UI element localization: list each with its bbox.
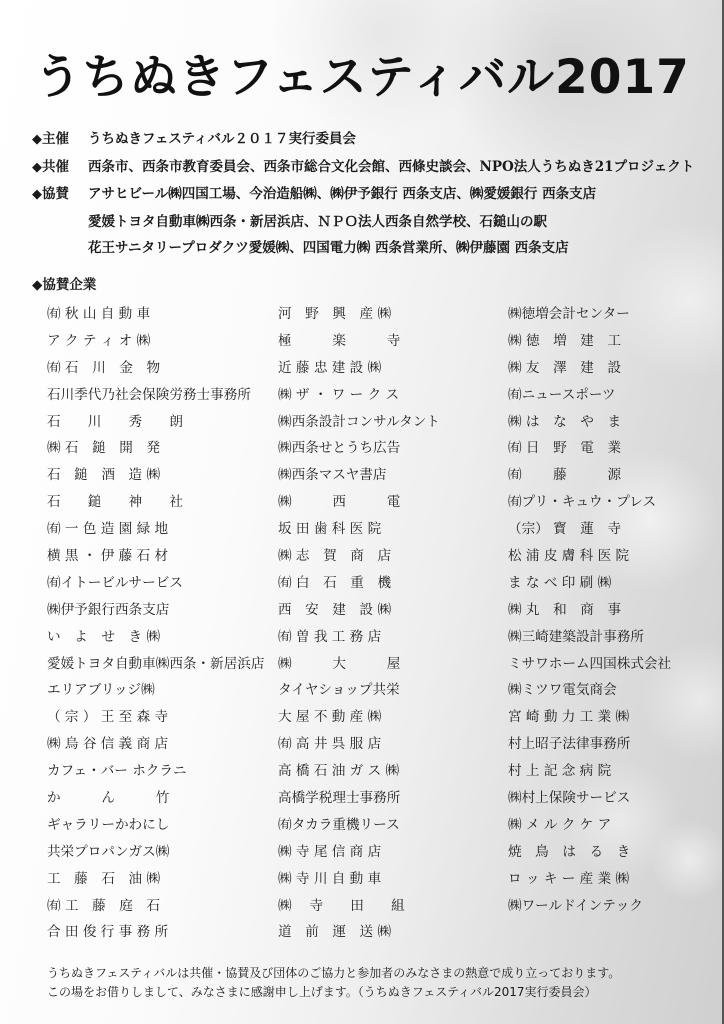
sponsor-item: ㈱徳増会計センター [508,301,724,328]
sponsor-item: 村上昭子法律事務所 [508,731,724,758]
sponsor-item: ロ ッ キ ー 産 業 ㈱ [508,866,724,893]
sponsor-item: ㈱ ザ ・ ワ ー ク ス [278,382,498,409]
sponsor-item: 宮 崎 動 力 工 業 ㈱ [508,704,724,731]
sponsor-item: ㈲タカラ重機リース [278,812,498,839]
sponsor-item: 高橋学税理士事務所 [278,785,498,812]
sponsor-column-1: ㈲ 秋 山 自 動 車ア ク テ ィ オ ㈱㈲ 石 川 金 物石川季代乃社会保険… [47,301,267,946]
page-title: うちぬきフェスティバル2017 [0,40,724,107]
diamond-bullet-icon: ◆ [32,277,42,293]
info-row-organizer: ◆主催 うちぬきフェスティバル２０１７実行委員会 [32,126,714,154]
sponsor-item: ㈲イトービルサービス [47,570,267,597]
footer-line-1: うちぬきフェスティバルは共催・協賛及び団体のご協力と参加者のみなさまの熱意で成り… [47,964,620,983]
sponsor-item: ㈱西条設計コンサルタント [278,409,498,436]
sponsor-item: ㈱西条せとうち広告 [278,435,498,462]
sponsor-item: ㈱ 志 賀 商 店 [278,543,498,570]
sponsors-heading: ◆協賛企業 [32,273,96,293]
sponsor-item: 共栄プロパンガス㈱ [47,839,267,866]
sponsor-item: 坂 田 歯 科 医 院 [278,516,498,543]
sponsor-item: ㈲ 石 川 金 物 [47,355,267,382]
sponsor-item: ㈱ 石 鎚 開 発 [47,435,267,462]
sponsor-item: か ん 竹 [47,785,267,812]
sponsor-item: 工 藤 石 油 ㈱ [47,866,267,893]
sponsor-item: 石 鎚 酒 造 ㈱ [47,462,267,489]
sponsor-item: ㈱ 寺 尾 信 商 店 [278,839,498,866]
sponsor-item: ㈲ 高 井 呉 服 店 [278,731,498,758]
organizer-info: ◆主催 うちぬきフェスティバル２０１７実行委員会 ◆共催 西条市、西条市教育委員… [32,126,714,262]
info-row-sponsor-cont: 花王サニタリープロダクツ愛媛㈱、四国電力㈱ 西条営業所、㈱伊藤園 西条支店 [32,235,714,262]
sponsor-item: い よ せ き ㈱ [47,624,267,651]
sponsor-item: ㈱三崎建築設計事務所 [508,624,724,651]
info-row-sponsor: ◆協賛 アサヒビール㈱四国工場、今治造船㈱、㈱伊予銀行 西条支店、㈱愛媛銀行 西… [32,181,714,209]
diamond-bullet-icon: ◆ [32,187,42,202]
sponsor-column-3: ㈱徳増会計センター㈱ 徳 増 建 工㈱ 友 澤 建 設㈲ニュースポーツ㈱ は な… [508,301,724,919]
sponsor-item: ㈱ 寺 田 組 [278,893,498,920]
sponsor-item: 石川季代乃社会保険労務士事務所 [47,382,267,409]
sponsor-item: 合 田 俊 行 事 務 所 [47,919,267,946]
info-label: 協賛 [42,186,69,202]
footer-message: うちぬきフェスティバルは共催・協賛及び団体のご協力と参加者のみなさまの熱意で成り… [47,964,620,1002]
sponsor-item: 石 川 秀 朗 [47,409,267,436]
sponsor-item: ギャラリーかわにし [47,812,267,839]
sponsor-item: ㈱ メ ル ク ケ ア [508,812,724,839]
sponsor-item: 河 野 興 産 ㈱ [278,301,498,328]
sponsor-item: ㈱ 寺 川 自 動 車 [278,866,498,893]
sponsor-item: ㈲ニュースポーツ [508,382,724,409]
sponsor-item: ㈱ 大 屋 [278,651,498,678]
info-label: 共催 [42,159,69,175]
diamond-bullet-icon: ◆ [32,160,42,175]
sponsor-item: ㈲プリ・キュウ・プレス [508,489,724,516]
sponsor-item: 焼 鳥 は る き [508,839,724,866]
sponsor-item: 高 橋 石 油 ガ ス ㈱ [278,758,498,785]
sponsor-item: ㈲ 日 野 電 業 [508,435,724,462]
sponsor-item: ア ク テ ィ オ ㈱ [47,328,267,355]
sponsor-item: ㈲ 一 色 造 園 緑 地 [47,516,267,543]
sponsor-item: ㈱ワールドインテック [508,893,724,920]
info-label: 主催 [42,131,69,147]
sponsor-item: タイヤショップ共栄 [278,677,498,704]
sponsor-item: 愛媛トヨタ自動車㈱西条・新居浜店 [47,651,267,678]
sponsor-item: 横 黒 ・ 伊 藤 石 材 [47,543,267,570]
sponsor-item: ㈲ 曽 我 工 務 店 [278,624,498,651]
info-row-co-organizer: ◆共催 西条市、西条市教育委員会、西条市総合文化会館、西條史談会、NPO法人うち… [32,154,714,182]
sponsor-item: ㈲ 白 石 重 機 [278,570,498,597]
sponsor-item: ㈱村上保険サービス [508,785,724,812]
sponsor-item: （宗） 寳 蓮 寺 [508,516,724,543]
sponsor-item: ㈱ 丸 和 商 事 [508,597,724,624]
sponsor-item: ミサワホーム四国株式会社 [508,651,724,678]
sponsor-item: ㈱ミツワ電気商会 [508,677,724,704]
sponsor-item: ㈱ 友 澤 建 設 [508,355,724,382]
sponsor-item: ㈱ 烏 谷 信 義 商 店 [47,731,267,758]
sponsor-item: 村 上 記 念 病 院 [508,758,724,785]
sponsor-item: ㈱ 徳 増 建 工 [508,328,724,355]
sponsor-item: エリアブリッジ㈱ [47,677,267,704]
info-value: 西条市、西条市教育委員会、西条市総合文化会館、西條史談会、NPO法人うちぬき21… [88,154,714,182]
sponsor-item: 大 屋 不 動 産 ㈱ [278,704,498,731]
info-value: アサヒビール㈱四国工場、今治造船㈱、㈱伊予銀行 西条支店、㈱愛媛銀行 西条支店 [88,181,714,209]
sponsor-column-2: 河 野 興 産 ㈱極 楽 寺近 藤 忠 建 設 ㈱㈱ ザ ・ ワ ー ク ス㈱西… [278,301,498,946]
sponsor-item: ㈲ 工 藤 庭 石 [47,893,267,920]
sponsor-item: ま な べ 印 刷 ㈱ [508,570,724,597]
sponsor-item: ㈲ 秋 山 自 動 車 [47,301,267,328]
info-value: 愛媛トヨタ自動車㈱西条・新居浜店、ＮＰＯ法人西条自然学校、石鎚山の駅 [88,209,714,236]
sponsor-item: ㈱西条マスヤ書店 [278,462,498,489]
sponsor-item: 極 楽 寺 [278,328,498,355]
info-value: うちぬきフェスティバル２０１７実行委員会 [88,126,714,154]
info-row-sponsor-cont: 愛媛トヨタ自動車㈱西条・新居浜店、ＮＰＯ法人西条自然学校、石鎚山の駅 [32,209,714,236]
sponsor-item: カフェ・バー ホクラニ [47,758,267,785]
sponsor-item: 近 藤 忠 建 設 ㈱ [278,355,498,382]
sponsor-item: 道 前 運 送 ㈱ [278,919,498,946]
sponsor-item: 西 安 建 設 ㈱ [278,597,498,624]
sponsor-item: （ 宗 ） 王 至 森 寺 [47,704,267,731]
sponsor-item: ㈱ は な や ま [508,409,724,436]
diamond-bullet-icon: ◆ [32,132,42,147]
sponsor-item: ㈱ 西 電 [278,489,498,516]
sponsor-item: 石 鎚 神 社 [47,489,267,516]
sponsor-item: 松 浦 皮 膚 科 医 院 [508,543,724,570]
sponsor-item: ㈲ 藤 源 [508,462,724,489]
footer-line-2: この場をお借りしまして、みなさまに感謝申し上げます。（うちぬきフェスティバル20… [47,983,620,1002]
sponsor-item: ㈱伊予銀行西条支店 [47,597,267,624]
info-value: 花王サニタリープロダクツ愛媛㈱、四国電力㈱ 西条営業所、㈱伊藤園 西条支店 [88,235,714,262]
